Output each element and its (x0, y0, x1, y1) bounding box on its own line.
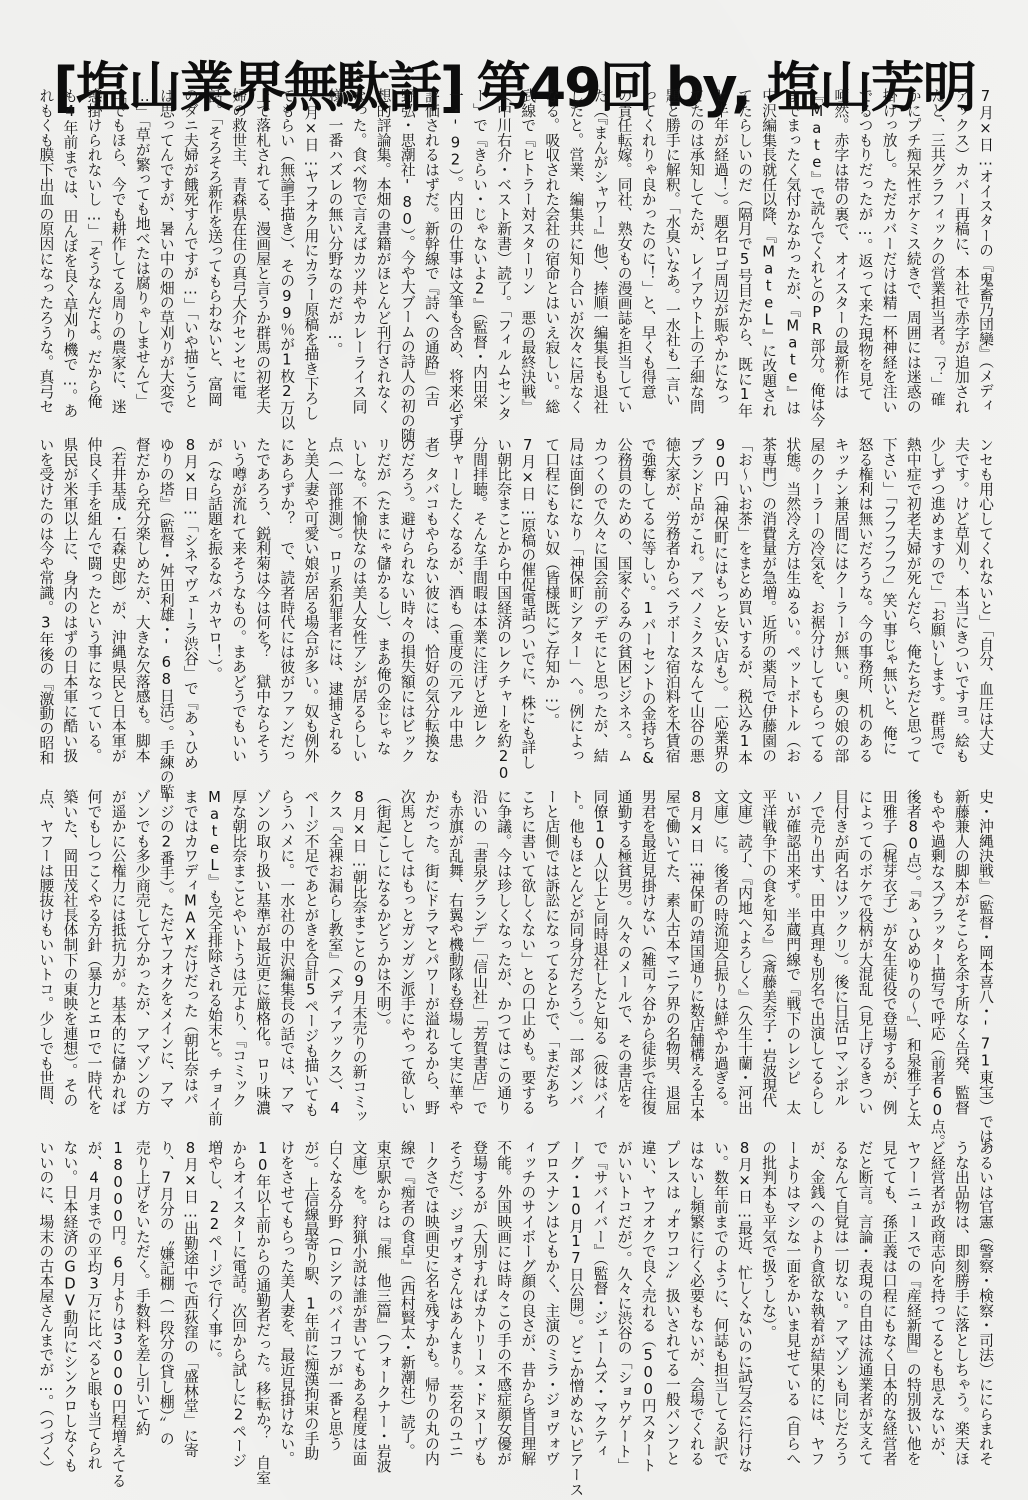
text-tier-3: 史・沖縄決戦』（監督・岡本喜八・'71東宝）では、新藤兼人の脚本がそこらを余す所… (33, 789, 997, 1115)
text-column: 田雅子（梶芽衣子）が女生徒役で登場するが、例 (877, 789, 901, 1115)
text-column: いう噂が流れて来そうなもの。まあどうでもいい (226, 437, 250, 763)
text-column: のだろう。避けられない時々の損失額にはビック (395, 437, 419, 763)
text-column: 新藤兼人の脚本がそこらを余す所なく告発、監督 (949, 789, 973, 1115)
text-column: てたのは承知してたが、レイアウト上の子細な問 (684, 88, 708, 414)
text-column: も4年前までは、田んぼを良く草刈り機で…。あ (57, 88, 81, 414)
text-column: けをさせてもらった美人妻を、最近見掛けない。 (274, 1140, 298, 1466)
text-column: 夫です。けど草刈り、本当にきついですヨ。絵も (949, 437, 973, 763)
text-column: い。数年前までのように、何誌も担当してる訳で (708, 1140, 732, 1466)
text-column: 掛けっ放し。ただカバーだけは精一杯神経を注い (877, 88, 901, 414)
text-column: （街起こしになるかどうかは不明）。 (371, 789, 395, 1115)
text-column: 屋のクーラーの冷気を、お裾分けしてもらってる (804, 437, 828, 763)
text-column: したと。営業、編集共に知り合いが次々に居なく (563, 88, 587, 414)
text-column: に争議。今は珍しくなったが、かつてはこの通り (491, 789, 515, 1115)
text-column: はないし頻繁に行く必要もないが、会場でくれる (684, 1140, 708, 1466)
text-column: うな出品物は、即刻勝手に落としちゃう。楽天ほ (949, 1140, 973, 1466)
text-column: と美人妻や可愛い娘が居る場合が多い。奴も例外 (298, 437, 322, 763)
text-column: 評価されるはずだ。新幹線で『詩への通路』（吉 (419, 88, 443, 414)
text-column: 一・'92）。内田の仕事は文筆も含め、将来必ず再 (443, 88, 467, 414)
text-column: 点、ヤフーは腰抜けもいいトコ。少しでも世間、 (33, 789, 57, 1115)
text-column: 『Mate』で読んでくれとのPR部分。俺は今 (804, 88, 828, 414)
text-column: 上で落札されてる、漫画屋と言うか群馬の初老夫 (250, 88, 274, 414)
text-column: あるいは官憲（警察・検察・司法）ににらまれそ (973, 1140, 997, 1466)
text-column: …」「草が繁っても地べたは腐りゃしませんて」 (130, 88, 154, 414)
text-column: 登場するが（大別すればカトリーヌ・ドヌーヴも (467, 1140, 491, 1466)
text-column: てもらい（無論手描き）、その99％が1枚2万以 (274, 88, 298, 414)
text-column: 目付きが両名はソックリ）。後に日活ロマンポル (828, 789, 852, 1115)
text-column: アックス）カバー再稿に、本社で赤字が追加され (949, 88, 973, 414)
text-column: リだが（たまにゃ儲かるし）、まあ俺の金じゃな (371, 437, 395, 763)
text-column: 公務員のための、国家ぐるみの貧困ビジネス。ム (612, 437, 636, 763)
text-column: ンセも用心してくれないと」「自分、血圧は大丈 (973, 437, 997, 763)
text-column: たであろう、鋭利菊は今は何を？ 獄中ならそう (250, 437, 274, 763)
text-column: れもくも膜下出血の原因になったろうな。真弓セ (33, 88, 57, 414)
text-column: 少しずつ進めますので」「お願いします。群馬で (925, 437, 949, 763)
text-column: 怒る権利は無いだろうな。今の事務所、机のある (852, 437, 876, 763)
text-column: 平洋戦争下の食を知る』（斎藤美奈子・岩波現代 (756, 789, 780, 1115)
text-column: もやや過剰なスプラッター描写で呼応（前者60点。 (925, 789, 949, 1115)
text-column: カつくので久々に国会前のデモにと思ったが、結 (587, 437, 611, 763)
text-column: 文庫）読了、『内地へよろしく』（久生十蘭・河出 (732, 789, 756, 1115)
text-column: 「お～いお茶」をまとめ買いするが、税込み1本 (732, 437, 756, 763)
text-column: 武線で『ヒトラー対スターリン 悪の最終決戦』 (515, 88, 539, 414)
text-column: 違い、ヤフオクで良く売れる（500円スタート (636, 1140, 660, 1466)
text-column: 厚な朝比奈まことやいトうは元より、『コミック (226, 789, 250, 1115)
text-column: MateL』も完全排除される始末と。チョイ前 (202, 789, 226, 1115)
text-column: 後者80点）。『あゝひめゆりの～』、和泉雅子と太 (901, 789, 925, 1115)
text-column: かにプチ痴呆性ボケミス続きで、周囲には迷惑の (901, 88, 925, 414)
text-column: 状態。当然冷え方は生ぬるい。ペットボトル（お (780, 437, 804, 763)
text-column: ークさでは映画史に名を残すかも。帰りの丸の内 (419, 1140, 443, 1466)
text-column: いいのに、場末の古本屋さんまでが…。（つづく） (33, 1140, 57, 1466)
text-column: 話。「そろそろ新作を送ってもらわないと、富岡 (202, 88, 226, 414)
text-column: なる。吸収された会社の宿命とはいえ寂しい。総 (539, 88, 563, 414)
text-column: 想的評論集。本畑の書籍がほとんど刊行されなく (371, 88, 395, 414)
text-column: の責任転嫁。同社、熟女もの漫画誌を担当してい (612, 88, 636, 414)
text-column: で強奪してるに等しい。1パーセントの金持ち& (636, 437, 660, 763)
text-column: が（なら話題を振るなバカヤロ！）。 (202, 437, 226, 763)
text-column: 中沢編集長就任以降、『MateL』に改題され (756, 88, 780, 414)
text-column: 売り上げをいただく。手数料を差し引いて約 (130, 1140, 154, 1466)
text-column: 東京駅からは『熊 他三篇』（フォークナー・岩波 (371, 1140, 395, 1466)
text-column: 熱中症で初老夫婦が死んだら、俺たちだと思って (901, 437, 925, 763)
text-column: 7月×日…オイスターの『鬼畜乃団欒』（メディ (973, 88, 997, 414)
text-column: ー」で『きらい・じゃないよ2』（監督・内田栄 (467, 88, 491, 414)
text-column: の批判本も平気で扱うしな）。 (756, 1140, 780, 1466)
text-tier-2: ンセも用心してくれないと」「自分、血圧は大丈夫です。けど草刈り、本当にきついです… (33, 437, 997, 763)
text-column: かだった。街にドラマとパワーが溢れるから、野 (419, 789, 443, 1115)
text-column: ゆりの塔』（監督・舛田利雄・'68日活）。手練の監 (154, 437, 178, 763)
text-column: 築いた、岡田茂社長体制下の東映を連想）。その (57, 789, 81, 1115)
text-column: なった。食べ物で言えばカツ丼やカレーライス同 (346, 88, 370, 414)
text-column: が遥かに公権力には抵抗力が。基本的に儲かれば (106, 789, 130, 1115)
text-column: 茶専門）の消費量が急増。近所の薬局で伊藤園の (756, 437, 780, 763)
text-column: で『サバイバー』（監督・ジェームズ・マクティ (587, 1140, 611, 1466)
text-column: 文庫）に。後者の時流迎合振りは鮮やか過ぎる。 (708, 789, 732, 1115)
text-column: たと、三共グラフィックの営業担当者。「？」確 (925, 88, 949, 414)
text-column: 徳大家が、労務者からベラボーな宿泊料を木賃宿 (660, 437, 684, 763)
text-column: 局は面倒になり「神保町シアター」へ。例によっ (563, 437, 587, 763)
text-column: が）。上信線最寄り駅、1年前に痴漢拘束の手助 (298, 1140, 322, 1466)
text-column: 通勤する極貧男）。久々のメールで、その書店を (612, 789, 636, 1115)
text-column: 18000円。6月よりは3000円程増えてる (106, 1140, 130, 1466)
text-column: い朝比奈まことから中国経済のレクチャーを約20 (491, 437, 515, 763)
text-column: 唖然。赤字は帯の裏で、オイスターの最新作は (828, 88, 852, 414)
text-column: ってくれりゃ良かったのに！」と、早くも得意 (636, 88, 660, 414)
text-column: までまったく気付かなかったが、『Mate』は (780, 88, 804, 414)
text-column: 分間拝聴。そんな手間暇は本業に注げと逆レク (467, 437, 491, 763)
text-column: 様、一番ハズレの無い分野なのだが…。 (322, 88, 346, 414)
text-tier-1: 7月×日…オイスターの『鬼畜乃団欒』（メディアックス）カバー再稿に、本社で赤字が… (33, 88, 997, 414)
text-column: 増やし、22ページで行く事に。 (202, 1140, 226, 1466)
text-column: 婦の救世主、青森県在住の真弓大介センセに電 (226, 88, 250, 414)
text-tier-4: あるいは官憲（警察・検察・司法）ににらまれそうな出品物は、即刻勝手に落としちゃう… (33, 1140, 997, 1466)
text-column: 者）タバコもやらない彼には、恰好の気分転換な (419, 437, 443, 763)
text-column: が、金銭へのより貪欲な執着が結果的には、ヤフ (804, 1140, 828, 1466)
text-column: 8月×日…最近、忙しくないのに試写会に行けな (732, 1140, 756, 1466)
text-column: ージの2番手）。ただヤフオクをメインに、アマ (154, 789, 178, 1115)
text-column: ーと店側では訴訟になってるとかで、「まだあち (539, 789, 563, 1115)
text-column: 8月×日…神保町の靖国通りに数店舗構える古本 (684, 789, 708, 1115)
text-column: るなんて自覚は一切ない。アマゾンも同じだろう (828, 1140, 852, 1466)
text-column: 下さい」「フフフフフ」笑い事じゃ無いと、俺に (877, 437, 901, 763)
text-column: 文庫）を。狩猟小説は誰が書いてもある程度は面 (346, 1140, 370, 1466)
text-column: ページ不足であとがきを合計5ページも描いても (298, 789, 322, 1115)
text-column: 線で『痴者の食卓』（西村賢太・新潮社）読了。 (395, 1140, 419, 1466)
text-column: 不能。外国映画には時々この手の不感症顔女優が (491, 1140, 515, 1466)
text-column: チャーしたくなるが、酒も（重度の元アル中患 (443, 437, 467, 763)
text-column: 白くなる分野（ロシアのバイコフが一番と思う (322, 1140, 346, 1466)
text-column: 7月×日…ヤフオク用にカラー原稿を描き下ろし (298, 88, 322, 414)
text-column: 次馬としてはもっとガンガン派手にやって欲しい (395, 789, 419, 1115)
text-column: り、7月分の〝嫌記棚（一段分の貸し棚）〟の (154, 1140, 178, 1466)
text-column: てたらしいのだ（隔月で5号目だから、既に1年 (732, 88, 756, 414)
text-column: が、4月までの平均3万に比べると眼も当てられ (81, 1140, 105, 1466)
text-column: キッチン兼居間にはクーラーが無い。奥の娘の部 (828, 437, 852, 763)
text-column: た（『まんがシャワー』他）、捧順一編集長も退社 (587, 88, 611, 414)
text-column: は思ってんですが、暑い中の畑の草刈りが大変で (154, 88, 178, 414)
text-column: ない。日本経済のGDV動向にシンクロしなくも (57, 1140, 81, 1466)
text-column: いが確認出来ず。半蔵門線で『戦下のレシピ 太 (780, 789, 804, 1115)
text-column: 10年以上前からの通勤者だった。移転か？ 自室 (250, 1140, 274, 1466)
text-column: らうハメに。一水社の中沢編集長の話では、アマ (274, 789, 298, 1115)
text-column: ノで売り出す、田中真理も別名で出演してるらし (804, 789, 828, 1115)
text-column: がいいトコだが）。久々に渋谷の「ショウゲート」 (612, 1140, 636, 1466)
text-column: こちに書いて欲しくない」との口止めも。要する (515, 789, 539, 1115)
text-column: だと断言。言論・表現の自由は流通業者が支えて (852, 1140, 876, 1466)
text-column: ど経営者が政商志向を持ってるとも思えないが、 (925, 1140, 949, 1466)
text-column: 督だから充分楽しめたが、大きな欠落感も。脚本 (130, 437, 154, 763)
text-column: て口程にもない奴（皆様既にご存知か…）。 (539, 437, 563, 763)
text-column: 90円（神保町にはもっと安い店も）。一応業界の (708, 437, 732, 763)
text-column: そうだ）、ジョヴォさんはあんまり。芸名のユニ (443, 1140, 467, 1466)
text-column: 7月×日…原稿の催促電話ついでに、株にも詳し (515, 437, 539, 763)
text-column: プレスは〝オワコン〟扱いされてる一般パンフと (660, 1140, 684, 1466)
text-column: 「でもほら、今でも耕作してる周りの農家に、迷 (106, 88, 130, 414)
text-column: にあらずか？ で、読者時代には彼がファンだっ (274, 437, 298, 763)
text-column: 史・沖縄決戦』（監督・岡本喜八・'71東宝）では、 (973, 789, 997, 1115)
text-column: 点（一部推測）。ロリ系犯罪者には、逮捕される (322, 437, 346, 763)
text-column: 題と勝手に解釈。「水臭いなあ。一水社も一言い (660, 88, 684, 414)
text-column: ヤフーニュースでの『産経新聞』の特別扱い他を (901, 1140, 925, 1466)
text-column: ーグ・10月17日公開）。どこか憎めないピアース・ (563, 1140, 587, 1466)
text-column: と半年が経過！）。題名ロゴ周辺が賑やかになっ (708, 88, 732, 414)
text-column: 沿いの「書泉グランデ」「信山社」「芳賀書店」で (467, 789, 491, 1115)
text-column: 県民が米軍以上に、身内のはずの日本軍に酷い扱 (57, 437, 81, 763)
text-column: 惑掛けられないし…」「そうなんだよ。だから俺 (81, 88, 105, 414)
text-column: いしな。不愉快なのは美人女性アシが居るらしい (346, 437, 370, 763)
text-column: 何でもしつこくやる方針（暴力とエロで一時代を (81, 789, 105, 1115)
text-column: のダニ夫婦が餓死すんですが…」「いや描こうと (178, 88, 202, 414)
text-column: （中川右介・ベスト新書）読了。「フィルムセンタ (491, 88, 515, 414)
text-column: 同僚10人以上と同時退社したと知る（彼はバイ (587, 789, 611, 1115)
text-column: ゾンでも多少商売して分かったが、アマゾンの方 (130, 789, 154, 1115)
text-column: 仲良く手を組んで闘ったという事になっている。 (81, 437, 105, 763)
text-column: からオイスターに電話。次回から試しに2ページ (226, 1140, 250, 1466)
text-column: 見てても、孫正義は口程にもなく日本的な経営者 (877, 1140, 901, 1466)
text-column: ゾンの取り扱い基準が最近更に厳格化。ロリ味濃 (250, 789, 274, 1115)
text-column: クス『全裸お漏らし教室』（メディアックス）、4 (322, 789, 346, 1115)
text-column: 8月×日…「シネマヴェーラ渋谷」で『あゝひめ (178, 437, 202, 763)
text-column: いを受けたのは今や常識。3年後の『激動の昭和 (33, 437, 57, 763)
text-column: 野弘・思潮社'80）。今や大ブームの詩人の初の随 (395, 88, 419, 414)
text-column: ーよりはマシな一面をかいま見せている（自らへ (780, 1140, 804, 1466)
text-column: でるつもりだったが…。返って来た現物を見て (852, 88, 876, 414)
text-column: によってのボケで役柄が大混乱（見上げるきつい (852, 789, 876, 1115)
text-column: まではカワディMAXだけだった（朝比奈はパ (178, 789, 202, 1115)
text-column: （若井基成・石森史郎）が、沖縄県民と日本軍が (106, 437, 130, 763)
text-column: ィッチのサイボーグ顔の良さが、昔から皆目理解 (515, 1140, 539, 1466)
text-column: ブロスナンはともかく、主演のミラ・ジョヴォヴ (539, 1140, 563, 1466)
text-column: 屋で働いてた、素人古本マニア界の名物男、退屈 (660, 789, 684, 1115)
text-column: 男君を最近見掛けない（雑司ヶ谷から徒歩で往復 (636, 789, 660, 1115)
text-column: 8月×日…朝比奈まことの9月末売りの新コミッ (346, 789, 370, 1115)
text-column: ブランド品がこれ。アベノミクスなんて山谷の悪 (684, 437, 708, 763)
text-column: も赤旗が乱舞、右翼や機動隊も登場して実に華や (443, 789, 467, 1115)
text-column: 8月×日…出勤途中で西荻窪の「盛林堂」に寄 (178, 1140, 202, 1466)
text-column: ト。他もほとんどが同身分だろう）。一部メンバ (563, 789, 587, 1115)
